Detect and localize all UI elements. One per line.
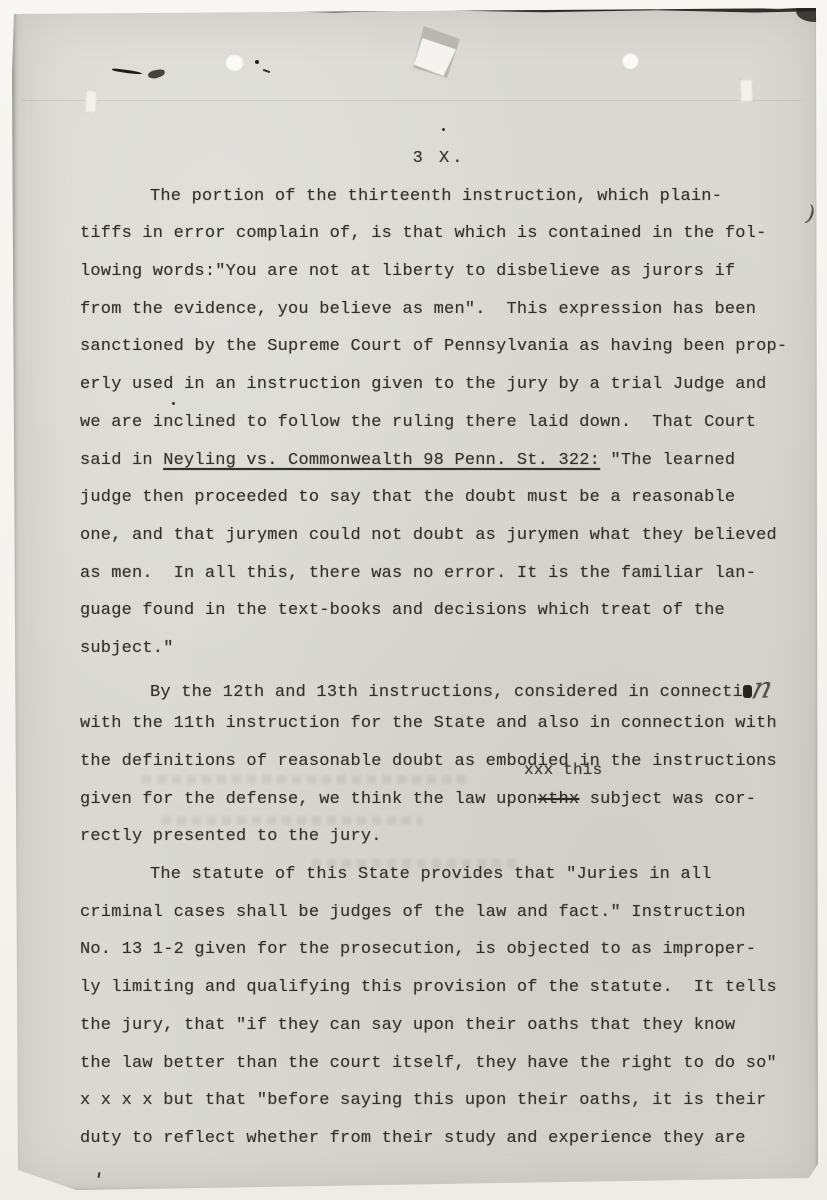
handwritten-correction: n (747, 669, 775, 708)
typed-line: ly limiting and qualifying this provisio… (80, 969, 774, 1007)
page-number-heading: 3 X. (80, 140, 774, 178)
ink-speck (442, 128, 445, 131)
typed-text: subject was cor- (579, 790, 756, 809)
typed-line: subject." (80, 630, 774, 668)
scan-top-edge (12, 4, 818, 13)
struck-out-text: xthx (538, 790, 580, 809)
typed-line: we are inclined to follow the ruling the… (80, 404, 774, 442)
scan-corner-shadow (796, 6, 822, 22)
typed-line: tiffs in error complain of, is that whic… (80, 215, 774, 253)
interline-typed-correction: xxx this (524, 762, 602, 778)
typed-line: one, and that jurymen could not doubt as… (80, 517, 774, 555)
typed-line: the definitions of reasonable doubt as e… (80, 743, 774, 781)
typed-line-with-citation: said in Neyling vs. Commonwealth 98 Penn… (80, 442, 774, 480)
paper-crease-line (22, 100, 802, 101)
typed-line: the law better than the court itself, th… (80, 1045, 774, 1083)
typed-line: erly used in an instruction given to the… (80, 366, 774, 404)
scanned-page-background: { "page": { "heading": "3 X.", "ink_colo… (0, 0, 827, 1200)
typed-line-with-handwriting: By the 12th and 13th instructions, consi… (80, 668, 774, 706)
case-citation: Neyling vs. Commonwealth 98 Penn. St. 32… (163, 451, 600, 470)
typed-line: from the evidence, you believe as men". … (80, 291, 774, 329)
typed-line: with the 11th instruction for the State … (80, 705, 774, 743)
typed-line: judge then proceeded to say that the dou… (80, 479, 774, 517)
typed-line: criminal cases shall be judges of the la… (80, 894, 774, 932)
typed-text: "The learned (600, 451, 735, 470)
tape-mark (740, 79, 754, 102)
typed-line: The portion of the thirteenth instructio… (80, 178, 774, 216)
pen-smudge-mark (147, 69, 165, 80)
typed-line: guage found in the text-books and decisi… (80, 592, 774, 630)
typed-line: No. 13 1-2 given for the prosecution, is… (80, 931, 774, 969)
typed-line: the jury, that "if they can say upon the… (80, 1007, 774, 1045)
typed-text: said in (80, 451, 163, 470)
ink-dot (255, 60, 259, 64)
typed-text: given for the defense, we think the law … (80, 790, 538, 809)
margin-pen-mark: ) (802, 201, 818, 227)
typed-line: duty to reflect whether from their study… (80, 1120, 774, 1158)
punch-hole (225, 53, 244, 71)
typed-line: rectly presented to the jury. (80, 818, 774, 856)
ink-speck (97, 1172, 100, 1178)
typed-line: x x x x but that "before saying this upo… (80, 1082, 774, 1120)
punch-hole (622, 52, 639, 69)
pen-dash-mark (112, 68, 142, 75)
typed-line: The statute of this State provides that … (80, 856, 774, 894)
typed-line: sanctioned by the Supreme Court of Penns… (80, 328, 774, 366)
typed-line-with-strikeout: given for the defense, we think the law … (80, 781, 774, 819)
ink-tick (263, 69, 270, 73)
typed-line: as men. In all this, there was no error.… (80, 555, 774, 593)
typed-text: By the 12th and 13th instructions, consi… (150, 683, 743, 702)
typed-line: lowing words:"You are not at liberty to … (80, 253, 774, 291)
tape-mark (84, 90, 97, 114)
typewritten-text-block: 3 X. The portion of the thirteenth instr… (80, 140, 774, 1158)
